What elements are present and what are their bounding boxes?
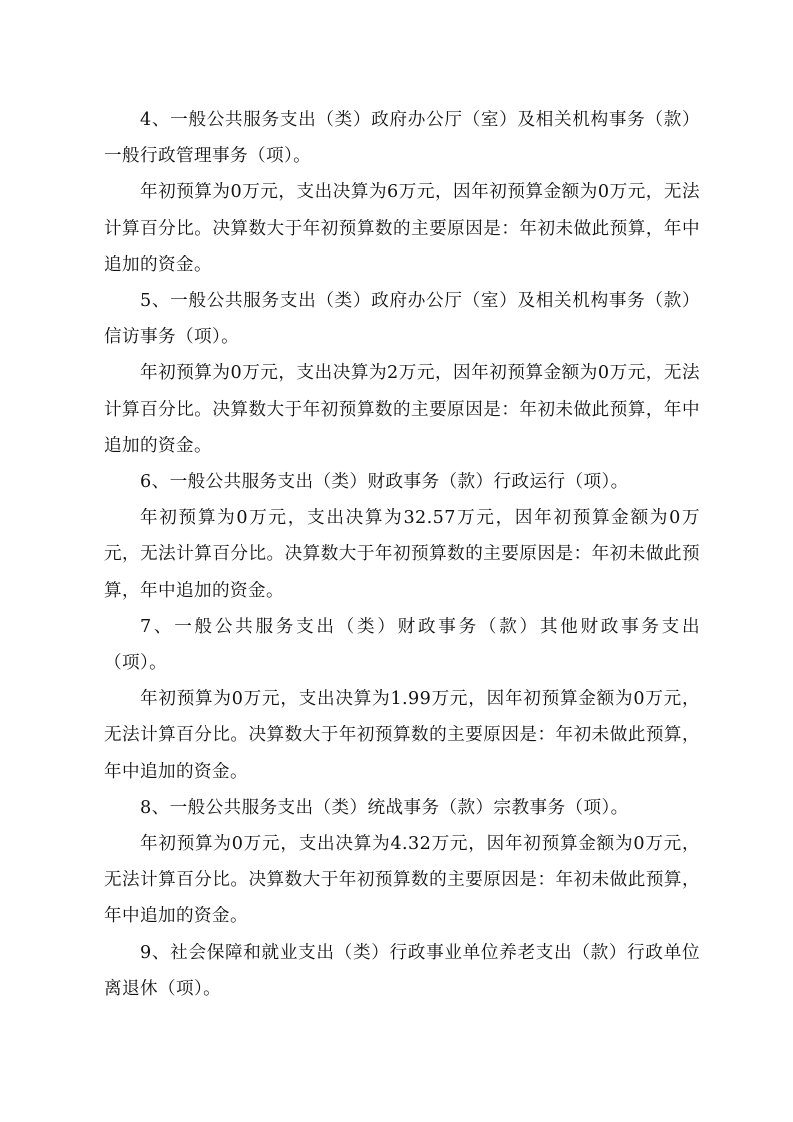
section-4: 4、一般公共服务支出（类）政府办公厅（室）及相关机构事务（款）一般行政管理事务（…: [104, 102, 700, 283]
section-heading: 7、一般公共服务支出（类）财政事务（款）其他财政事务支出（项）。: [104, 609, 700, 681]
section-heading: 4、一般公共服务支出（类）政府办公厅（室）及相关机构事务（款）一般行政管理事务（…: [104, 102, 700, 174]
document-page: 4、一般公共服务支出（类）政府办公厅（室）及相关机构事务（款）一般行政管理事务（…: [104, 102, 700, 1007]
section-heading: 9、社会保障和就业支出（类）行政事业单位养老支出（款）行政单位离退休（项）。: [104, 935, 700, 1007]
section-body: 年初预算为0万元，支出决算为1.99万元，因年初预算金额为0万元，无法计算百分比…: [104, 681, 700, 790]
section-9: 9、社会保障和就业支出（类）行政事业单位养老支出（款）行政单位离退休（项）。: [104, 935, 700, 1007]
section-heading: 8、一般公共服务支出（类）统战事务（款）宗教事务（项）。: [104, 790, 700, 826]
section-body: 年初预算为0万元，支出决算为6万元，因年初预算金额为0万元，无法计算百分比。决算…: [104, 174, 700, 283]
section-6: 6、一般公共服务支出（类）财政事务（款）行政运行（项）。 年初预算为0万元，支出…: [104, 464, 700, 609]
section-body: 年初预算为0万元，支出决算为2万元，因年初预算金额为0万元，无法计算百分比。决算…: [104, 355, 700, 464]
section-5: 5、一般公共服务支出（类）政府办公厅（室）及相关机构事务（款）信访事务（项）。 …: [104, 283, 700, 464]
section-body: 年初预算为0万元，支出决算为32.57万元，因年初预算金额为0万元，无法计算百分…: [104, 500, 700, 609]
section-body: 年初预算为0万元，支出决算为4.32万元，因年初预算金额为0万元，无法计算百分比…: [104, 826, 700, 935]
section-7: 7、一般公共服务支出（类）财政事务（款）其他财政事务支出（项）。 年初预算为0万…: [104, 609, 700, 790]
section-heading: 6、一般公共服务支出（类）财政事务（款）行政运行（项）。: [104, 464, 700, 500]
section-8: 8、一般公共服务支出（类）统战事务（款）宗教事务（项）。 年初预算为0万元，支出…: [104, 790, 700, 935]
section-heading: 5、一般公共服务支出（类）政府办公厅（室）及相关机构事务（款）信访事务（项）。: [104, 283, 700, 355]
